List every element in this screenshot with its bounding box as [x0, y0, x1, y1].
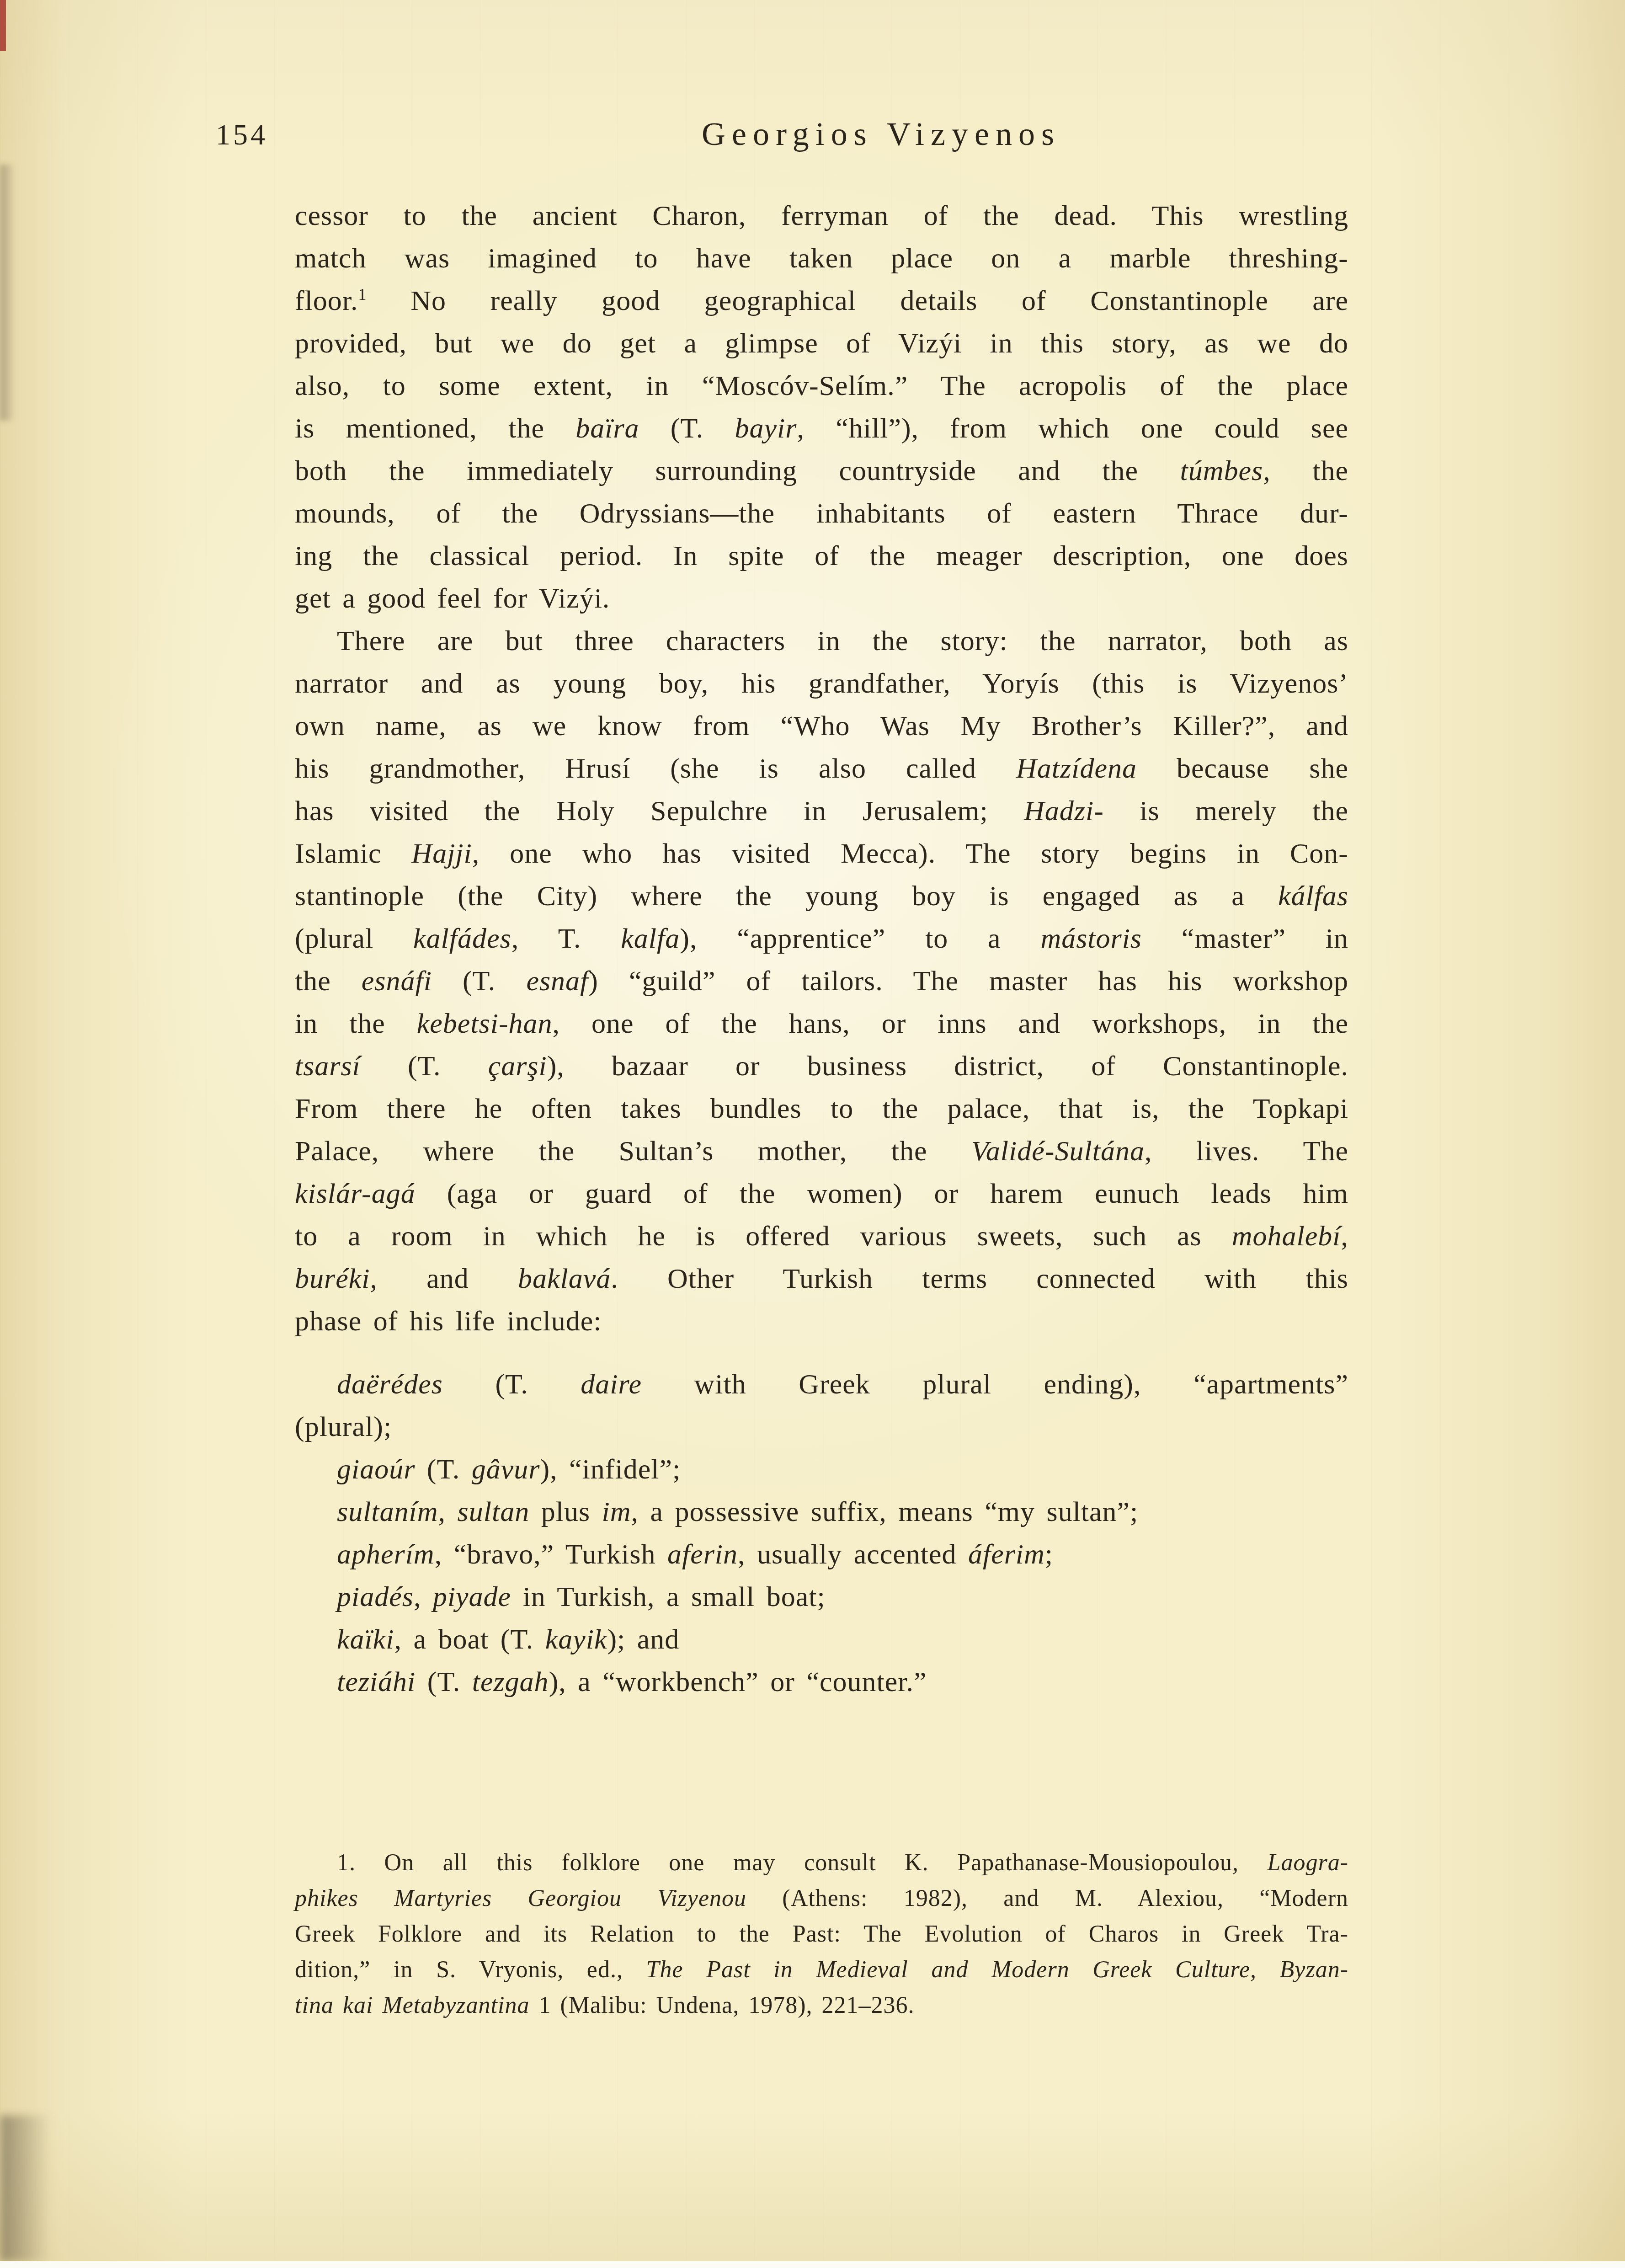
text-line: ing the classical period. In spite of th…	[295, 535, 1348, 577]
glossary-item-teziahi: teziáhi (T. tezgah), a “workbench” or “c…	[295, 1661, 1348, 1703]
text-line: own name, as we know from “Who Was My Br…	[295, 705, 1348, 747]
text-line: Islamic Hajji, one who has visited Mecca…	[295, 832, 1348, 875]
text-line: to a room in which he is offered various…	[295, 1215, 1348, 1258]
text-line: There are but three characters in the st…	[295, 620, 1348, 662]
glossary-item-piades: piadés, piyade in Turkish, a small boat;	[295, 1576, 1348, 1618]
text-line: narrator and as young boy, his grandfath…	[295, 662, 1348, 705]
text-line: his grandmother, Hrusí (she is also call…	[295, 747, 1348, 790]
text-line: get a good feel for Vizýi.	[295, 577, 1348, 620]
text-line: both the immediately surrounding country…	[295, 450, 1348, 492]
text-line: floor.1 No really good geographical deta…	[295, 280, 1348, 322]
text-line: piadés, piyade in Turkish, a small boat;	[295, 1576, 1348, 1618]
scan-artifact-left-smudge	[0, 165, 16, 421]
text-line: kislár-agá (aga or guard of the women) o…	[295, 1173, 1348, 1215]
text-line: provided, but we do get a glimpse of Viz…	[295, 322, 1348, 365]
text-line: (plural);	[295, 1406, 1348, 1448]
text-line: tina kai Metabyzantina 1 (Malibu: Undena…	[295, 1988, 1348, 2023]
glossary-item-giaour: giaoúr (T. gâvur), “infidel”;	[295, 1448, 1348, 1491]
text-line: mounds, of the Odryssians—the inhabitant…	[295, 492, 1348, 535]
text-line: kaïki, a boat (T. kayik); and	[295, 1618, 1348, 1661]
text-line: phikes Martyries Georgiou Vizyenou (Athe…	[295, 1881, 1348, 1916]
text-line: Palace, where the Sultan’s mother, the V…	[295, 1130, 1348, 1173]
text-line: the esnáfi (T. esnaf) “guild” of tailors…	[295, 960, 1348, 1003]
footnote: 1. On all this folklore one may consult …	[295, 1845, 1348, 2023]
glossary-item-daeredes: daërédes (T. daire with Greek plural end…	[295, 1363, 1348, 1448]
text-line: From there he often takes bundles to the…	[295, 1088, 1348, 1130]
text-line: tsarsí (T. çarşi), bazaar or business di…	[295, 1045, 1348, 1088]
paragraph-2: There are but three characters in the st…	[295, 620, 1348, 1343]
text-line: Greek Folklore and its Relation to the P…	[295, 1916, 1348, 1952]
text-line: phase of his life include:	[295, 1300, 1348, 1343]
glossary-item-apherim: apherím, “bravo,” Turkish aferin, usuall…	[295, 1533, 1348, 1576]
text-line: teziáhi (T. tezgah), a “workbench” or “c…	[295, 1661, 1348, 1703]
text-line: match was imagined to have taken place o…	[295, 237, 1348, 280]
glossary-item-sultanim: sultaním, sultan plus im, a possessive s…	[295, 1491, 1348, 1533]
text-line: giaoúr (T. gâvur), “infidel”;	[295, 1448, 1348, 1491]
glossary-list: daërédes (T. daire with Greek plural end…	[295, 1363, 1348, 1703]
text-line: dition,” in S. Vryonis, ed., The Past in…	[295, 1952, 1348, 1988]
paragraph-1: cessor to the ancient Charon, ferryman o…	[295, 195, 1348, 620]
text-line: sultaním, sultan plus im, a possessive s…	[295, 1491, 1348, 1533]
text-line: has visited the Holy Sepulchre in Jerusa…	[295, 790, 1348, 832]
text-line: buréki, and baklavá. Other Turkish terms…	[295, 1258, 1348, 1300]
running-head: Georgios Vizyenos	[354, 115, 1408, 153]
text-line: cessor to the ancient Charon, ferryman o…	[295, 195, 1348, 237]
text-line: daërédes (T. daire with Greek plural end…	[295, 1363, 1348, 1406]
text-line: apherím, “bravo,” Turkish aferin, usuall…	[295, 1533, 1348, 1576]
text-line: also, to some extent, in “Moscóv-Selím.”…	[295, 365, 1348, 407]
scan-artifact-bottom-strip	[0, 2261, 1625, 2268]
scan-artifact-red-mark	[0, 0, 6, 51]
text-line: (plural kalfádes, T. kalfa), “apprentice…	[295, 918, 1348, 960]
scan-artifact-bottom-smudge	[0, 2115, 50, 2262]
text-line: 1. On all this folklore one may consult …	[295, 1845, 1348, 1881]
text-line: is mentioned, the baïra (T. bayir, “hill…	[295, 407, 1348, 450]
book-page: 154 Georgios Vizyenos cessor to the anci…	[0, 0, 1625, 2268]
glossary-item-kaiki: kaïki, a boat (T. kayik); and	[295, 1618, 1348, 1661]
text-block: cessor to the ancient Charon, ferryman o…	[295, 195, 1348, 2023]
text-line: in the kebetsi-han, one of the hans, or …	[295, 1003, 1348, 1045]
text-line: stantinople (the City) where the young b…	[295, 875, 1348, 918]
page-header: 154 Georgios Vizyenos	[0, 115, 1625, 155]
page-number: 154	[216, 118, 268, 152]
